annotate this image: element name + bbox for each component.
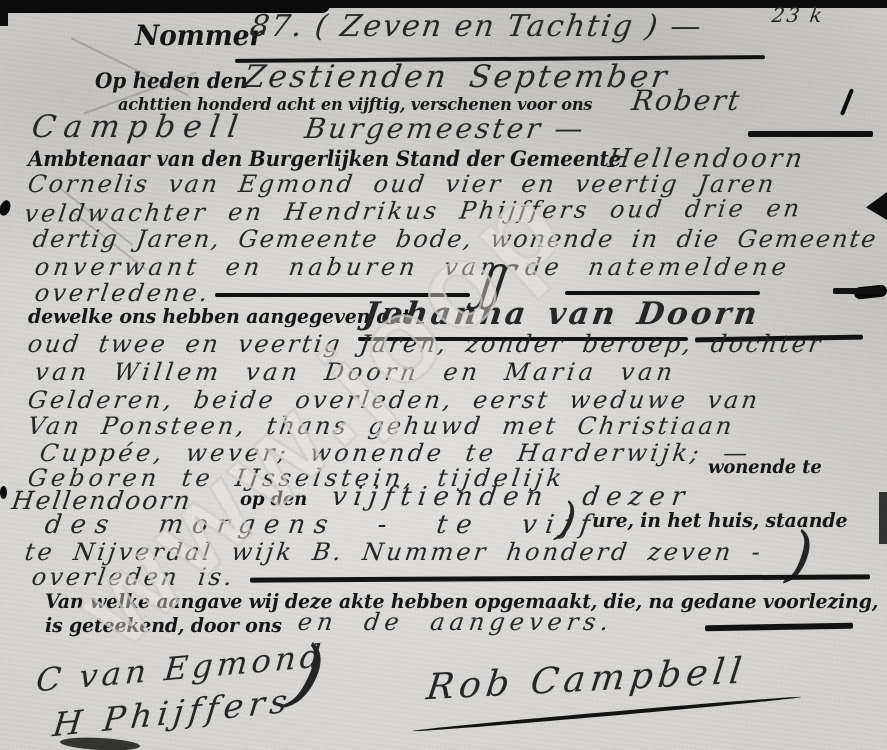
signature-campbell: Rob Campbell [425,654,749,707]
ink-stroke [840,88,854,115]
deceased-line: Cuppée, wever; wonende te Harderwijk; — [38,441,752,465]
witness-line: onverwant en naburen van de natemeldene [33,255,791,279]
scan-edge-corner [0,0,8,26]
gemeente-name: Hellendoorn [606,146,807,172]
record-number-value: 87. ( Zeven en Tachtig ) — [248,12,705,42]
witness-line: overledene. [33,281,212,305]
death-time: des morgens - te vijf [43,512,600,538]
scan-artifact-right-1 [866,192,887,220]
ink-dash [705,623,853,632]
death-house: te Nijverdal wijk B. Nummer honderd zeve… [23,540,764,564]
deceased-name: Johanna van Doorn [362,299,762,330]
deceased-line: Gelderen, beide overleden, eerst weduwe … [26,388,761,412]
witness-line: dertig Jaren, Gemeente bode, wonende in … [31,227,879,251]
overleden-line: overleden is. — [30,565,282,589]
official-first-name: Robert [630,87,743,115]
declare-label: dewelke ons hebben aangegeven dat [28,306,411,326]
closing-line: is geteekend, door ons [45,615,282,635]
filler-rule [565,291,760,295]
ink-dash [833,288,881,294]
scan-artifact-left-1 [0,199,12,217]
closing-rule [250,574,870,582]
opheden-label: Op heden den [95,70,247,91]
witness-line: veldwachter en Hendrikus Phijffers oud d… [23,196,804,225]
wonende-label: wonende te [708,458,822,477]
death-day: vijftienden dezer [330,484,693,510]
record-date: Zestienden September [242,62,671,93]
witness-line: Cornelis van Egmond oud vier en veertig … [26,172,777,196]
deceased-line: Van Ponsteen, thans gehuwd met Christiaa… [26,414,736,438]
scan-artifact-right-3 [879,492,887,544]
ink-dash [748,131,873,137]
corner-annotation: 23 k [771,5,826,25]
official-title: Burgemeester — [303,115,588,143]
opden-label: op den [240,490,307,509]
record-number-label: Nommer [135,22,263,50]
death-certificate-scan: Nommer 87. ( Zeven en Tachtig ) — 23 k O… [0,0,887,750]
closing-line-handwritten: en de aangevers. [296,610,615,634]
official-last-name: Campbell [30,112,248,143]
deceased-line: van Willem van Doorn en Maria van [33,360,677,384]
scan-artifact-left-2 [0,486,7,499]
deceased-line: oud twee en veertig Jaren, zonder beroep… [26,332,824,356]
ambtenaar-line: Ambtenaar van den Burgerlijken Stand der… [28,148,621,169]
